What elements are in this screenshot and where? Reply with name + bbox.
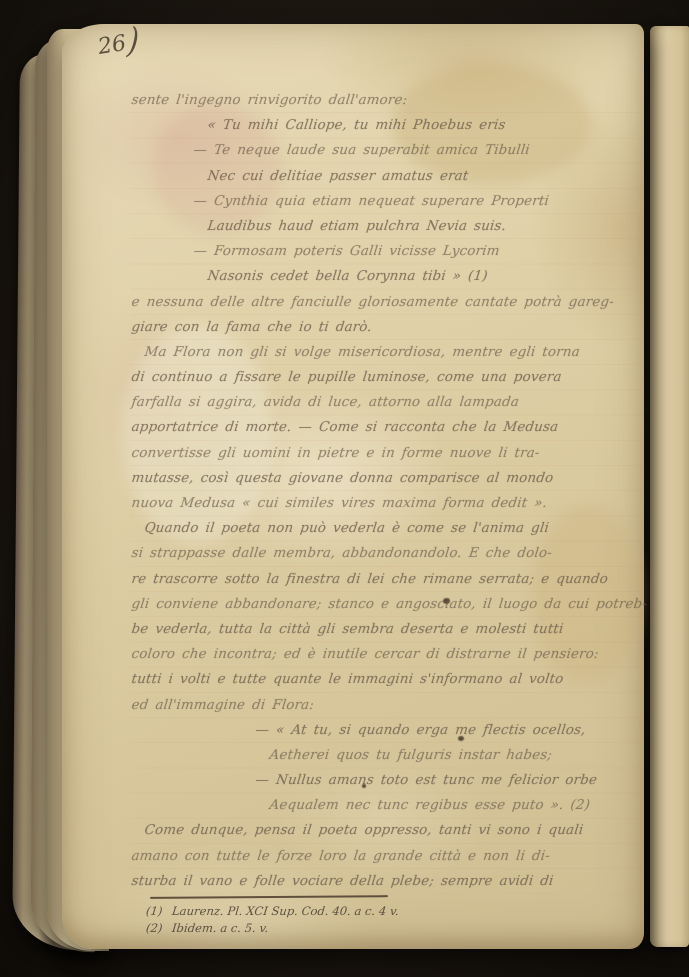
footnote-text: Ibidem. a c. 5. v.: [171, 921, 269, 935]
footnote-marker: (2): [145, 920, 173, 937]
manuscript-line: be vederla, tutta la città gli sembra de…: [130, 617, 647, 642]
manuscript-line: convertisse gli uomini in pietre e in fo…: [130, 441, 647, 466]
next-page-edge: [650, 26, 689, 947]
manuscript-line: Come dunque, pensa il poeta oppresso, ta…: [130, 818, 647, 843]
manuscript-line: si strappasse dalle membra, abbandonando…: [130, 541, 647, 566]
manuscript-line: tutti i volti e tutte quante le immagini…: [130, 667, 647, 692]
manuscript-line: Ma Flora non gli si volge misericordiosa…: [130, 340, 647, 365]
manuscript-line: e nessuna delle altre fanciulle gloriosa…: [130, 290, 647, 315]
footnote-marker: (1): [145, 903, 173, 920]
manuscript-line: di continuo a fissare le pupille luminos…: [130, 365, 647, 390]
manuscript-line: nuova Medusa « cui similes vires maxima …: [130, 491, 647, 516]
footnote-text: Laurenz. Pl. XCI Sup. Cod. 40. a c. 4 v.: [171, 904, 399, 918]
page-number: 26): [96, 29, 139, 60]
manuscript-line: — Formosam poteris Galli vicisse Lycorim: [130, 239, 647, 264]
page-number-value: 26: [96, 31, 128, 60]
manuscript-line: sturba il vano e folle vociare della ple…: [130, 869, 647, 894]
manuscript-line: Nec cui delitiae passer amatus erat: [130, 164, 647, 189]
manuscript-line: coloro che incontra; ed è inutile cercar…: [130, 642, 647, 667]
manuscript-line: — Nullus amans toto est tunc me felicior…: [130, 768, 647, 793]
manuscript-line: — « At tu, si quando erga me flectis oce…: [130, 718, 647, 743]
manuscript-line: re trascorre sotto la finestra di lei ch…: [130, 567, 647, 592]
footnote: (1)Laurenz. Pl. XCI Sup. Cod. 40. a c. 4…: [145, 903, 400, 920]
footnote-separator: [150, 895, 388, 899]
manuscript-line: gli conviene abbandonare; stanco e angos…: [130, 592, 647, 617]
manuscript-line: amano con tutte le forze loro la grande …: [130, 844, 647, 869]
manuscript-line: Aetherei quos tu fulguris instar habes;: [130, 743, 647, 768]
manuscript-line: mutasse, così questa giovane donna compa…: [130, 466, 647, 491]
manuscript-page: 26) sente l'ingegno rinvigorito dall'amo…: [62, 24, 644, 949]
manuscript-line: « Tu mihi Calliope, tu mihi Phoebus eris: [130, 113, 647, 138]
manuscript-line: — Cynthia quia etiam nequeat superare Pr…: [130, 189, 647, 214]
manuscript-text: sente l'ingegno rinvigorito dall'amore: …: [130, 88, 644, 894]
manuscript-line: ed all'immagine di Flora:: [130, 693, 647, 718]
manuscript-line: farfalla si aggira, avida di luce, attor…: [130, 390, 647, 415]
manuscript-line: Quando il poeta non può vederla è come s…: [130, 516, 647, 541]
photo-background: 26) sente l'ingegno rinvigorito dall'amo…: [0, 0, 689, 977]
manuscript-line: apportatrice di morte. — Come si raccont…: [130, 415, 647, 440]
page-number-flourish: ): [126, 22, 140, 63]
manuscript-line: sente l'ingegno rinvigorito dall'amore:: [130, 88, 647, 113]
manuscript-line: Aequalem nec tunc regibus esse puto ». (…: [130, 793, 647, 818]
footnotes: (1)Laurenz. Pl. XCI Sup. Cod. 40. a c. 4…: [146, 903, 399, 936]
manuscript-line: Laudibus haud etiam pulchra Nevia suis.: [130, 214, 647, 239]
manuscript-line: giare con la fama che io ti darò.: [130, 315, 647, 340]
footnote: (2)Ibidem. a c. 5. v.: [145, 920, 400, 937]
manuscript-line: — Te neque laude sua superabit amica Tib…: [130, 138, 647, 163]
manuscript-line: Nasonis cedet bella Corynna tibi » (1): [130, 264, 647, 289]
